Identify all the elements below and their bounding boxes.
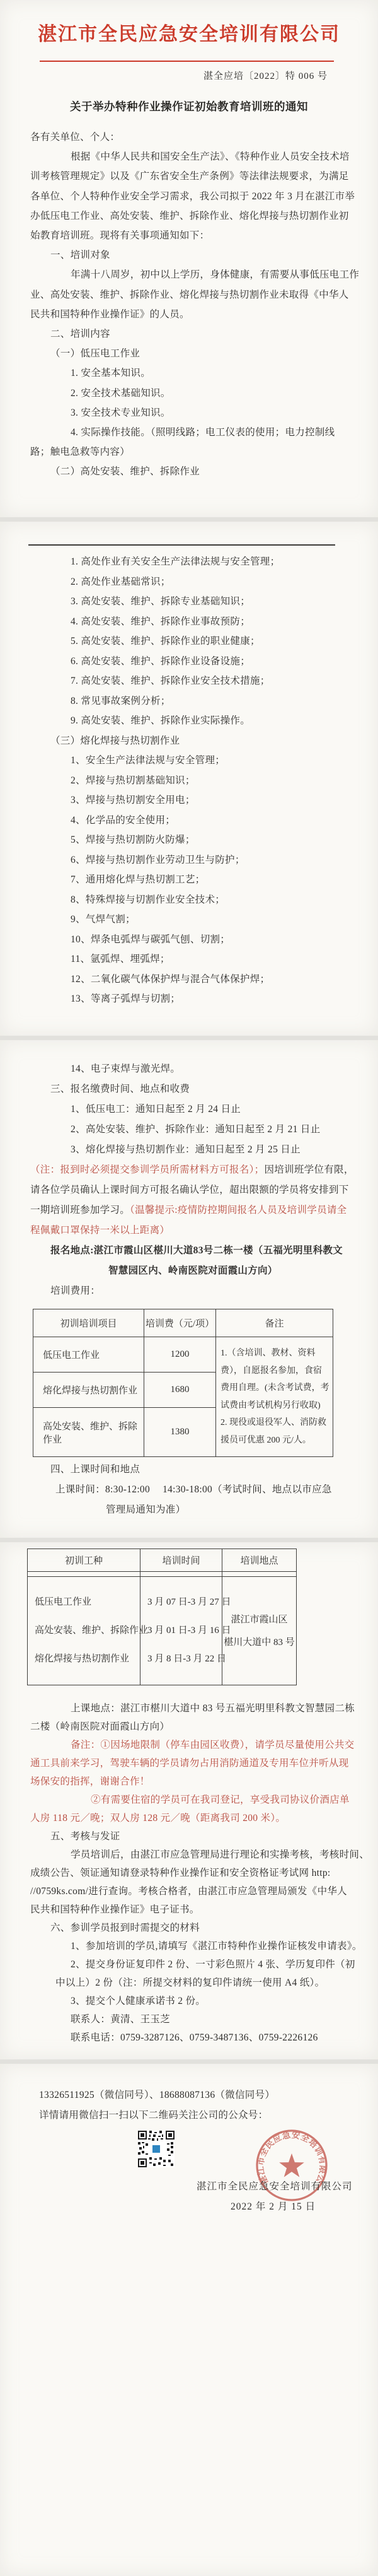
list-item: 4、化学品的安全使用； <box>0 811 378 831</box>
signature-org: 湛江市全民应急安全培训有限公司 <box>197 2179 353 2193</box>
job-name: 低压电工作业 <box>28 1588 139 1617</box>
list-item: 13、等离子弧焊与切割； <box>0 989 378 1009</box>
note-black-segment: 因培训班学位有限， <box>264 1164 353 1175</box>
schedule-table: 初训工种 培训时间 培训地点 低压电工作业 高处安装、维护、拆除作业 熔化焊接与… <box>27 1549 297 1685</box>
fee-table-cell: 1680 <box>144 1373 216 1408</box>
remark-text: 1.（含培训、教材、资料费），自愿报名参加，食宿费用自理。(未含考试费，考试费由… <box>220 1345 330 1414</box>
fee-table-header-cell: 培训费（元/项） <box>144 1309 216 1337</box>
registration-address-line: 智慧园区内、岭南医院对面霞山方向） <box>0 1261 378 1281</box>
schedule-table-cell: 3 月 07 日-3 月 27 日 3 月 01 日-3 月 16 日 3 月 … <box>140 1577 222 1685</box>
fee-table-header-cell: 初训培训项目 <box>33 1309 144 1337</box>
class-time-line: 上课时间：8:30-12:00 14:30-18:00（考试时间、地点以市应急 <box>0 1480 378 1500</box>
list-item: 2. 安全技术基础知识。 <box>0 383 378 403</box>
section-heading: 五、考核与发证 <box>0 1827 378 1846</box>
class-address-line: 二楼（岭南医院对面霞山方向） <box>0 1718 378 1736</box>
training-location: 湛江市霞山区 <box>223 1608 295 1631</box>
scanned-notice-document: 湛江市全民应急安全培训有限公司 湛全应培〔2022〕特 006 号 关于举办特种… <box>0 0 378 2576</box>
note-line: 一期培训班参加学习。（温馨提示:疫情防控期间报名人员及培训学员请全 <box>0 1200 378 1221</box>
salutation: 各有关单位、个人： <box>0 127 378 147</box>
list-item: 2、提交身份证复印件 2 份、一寸彩色照片 4 张、学历复印件（初 <box>0 1955 378 1974</box>
class-address-line: 上课地点：湛江市椹川大道中 83 号五福光明里科教文智慧园二栋 <box>0 1699 378 1718</box>
fee-table-cell: 低压电工作业 <box>33 1337 144 1373</box>
doc-number: 湛全应培〔2022〕特 006 号 <box>0 69 378 83</box>
table-row: 低压电工作业 1200 1.（含培训、教材、资料费），自愿报名参加，食宿费用自理… <box>33 1337 333 1373</box>
note-black-segment: 一期培训班参加学习。 <box>30 1205 130 1215</box>
list-item: 1、安全生产法律法规与安全管理； <box>0 751 378 771</box>
schedule-table-header-cell: 培训地点 <box>222 1549 297 1572</box>
doc-line: 年满十八周岁，初中以上学历，身体健康，有需要从事低压电工作 <box>0 265 378 284</box>
list-item: 1. 安全基本知识。 <box>0 363 378 383</box>
list-item: 8. 常见事故案例分析； <box>0 691 378 711</box>
doc-line: 民共和国特种作业操作证》的人员。 <box>0 305 378 324</box>
list-item: 9. 高处安装、维护、拆除作业实际操作。 <box>0 711 378 731</box>
page-1: 湛江市全民应急安全培训有限公司 湛全应培〔2022〕特 006 号 关于举办特种… <box>0 0 378 517</box>
list-item: 5. 高处安装、维护、拆除作业的职业健康； <box>0 631 378 652</box>
section-heading: 二、培训内容 <box>0 324 378 344</box>
subsection-heading: （三）熔化焊接与热切割作业 <box>0 731 378 751</box>
doc-line: 训考核管理规定》以及《广东省安全生产条例》等法律法规要求，为满足 <box>0 167 378 186</box>
section-heading: 六、参训学员报到时需提交的材料 <box>0 1919 378 1937</box>
fee-table-cell: 高处安装、维护、拆除作业 <box>33 1408 144 1457</box>
doc-line: 学员培训后，由湛江市应急管理局进行理论和实操考核，考核时间、 <box>0 1846 378 1864</box>
star-icon <box>279 2153 304 2177</box>
schedule-table-header-cell: 培训时间 <box>140 1549 222 1572</box>
list-item: 6、焊接与热切割作业劳动卫生与防护； <box>0 850 378 870</box>
list-item: 4. 高处安装、维护、拆除作业事故预防； <box>0 612 378 632</box>
list-item: 中以上）2 份（注：所提交材料的复印件请统一使用 A4 纸）。 <box>0 1974 378 1992</box>
note-red-segment: （注：报到时必须提交参训学员所需材料方可报名）； <box>30 1164 264 1175</box>
page-gap <box>0 1036 378 1040</box>
page-top-rule <box>28 544 335 546</box>
remark-line: ②有需要住宿的学员可在我司登记，享受我司协议价酒店单 <box>0 1791 378 1809</box>
schedule-table-header-cell: 初训工种 <box>28 1549 140 1572</box>
contact-phone: 联系电话：0759-3287126、0759-3487136、0759-2226… <box>0 2029 378 2047</box>
list-item: 11、氩弧焊、埋弧焊； <box>0 949 378 969</box>
signature-date: 2022 年 2 月 15 日 <box>231 2199 316 2213</box>
training-time: 3 月 8 日-3 月 22 日 <box>141 1645 221 1673</box>
list-item: 3、熔化焊接与热切割作业：通知日起至 2 月 25 日止 <box>0 1140 378 1160</box>
remark-line: 通工具前来学习，驾驶车辆的学员请勿占用消防通道及专用车位并听从现 <box>0 1754 378 1772</box>
list-item: 1、参加培训的学员,请填写《湛江市特种作业操作证核发申请表》。 <box>0 1937 378 1955</box>
registration-address-line: 报名地点:湛江市霞山区椹川大道83号二栋一楼（五福光明里科教文 <box>0 1241 378 1261</box>
list-item: 2. 高处作业基础常识； <box>0 572 378 592</box>
remark-line: 备注：①因场地限制（停车由园区收费），请学员尽量使用公共交 <box>0 1736 378 1754</box>
contact-name: 联系人：黄清、王玉芝 <box>0 2010 378 2029</box>
page-gap <box>0 1538 378 1542</box>
fee-table-cell: 1200 <box>144 1337 216 1373</box>
list-item: 3、提交个人健康承诺书 2 份。 <box>0 1992 378 2010</box>
doc-line: 民共和国特种作业操作证》电子证书。 <box>0 1900 378 1919</box>
doc-line: 各单位、个人特种作业安全学习需求，我公司拟于 2022 年 3 月在湛江市举 <box>0 187 378 206</box>
list-item: 7. 高处安装、维护、拆除作业安全技术措施； <box>0 671 378 691</box>
note-line: （注：报到时必须提交参训学员所需材料方可报名）；因培训班学位有限， <box>0 1160 378 1180</box>
fee-table-remark-cell: 1.（含培训、教材、资料费），自愿报名参加，食宿费用自理。(未含考试费，考试费由… <box>216 1337 333 1457</box>
remark-line: 场保安的指挥，谢谢合作！ <box>0 1772 378 1791</box>
class-time-line: 管理局通知为准） <box>0 1500 378 1520</box>
page-3: 14、电子束焊与激光焊。 三、报名缴费时间、地点和收费 1、低压电工：通知日起至… <box>0 1040 378 1538</box>
subsection-heading: （一）低压电工作业 <box>0 344 378 363</box>
header-rule <box>40 61 334 62</box>
fee-table-header-cell: 备注 <box>216 1309 333 1337</box>
note-line: 请各位学员确认上课时间方可报名确认学位，超出限额的学员将安排到下 <box>0 1180 378 1200</box>
table-double-rule <box>28 1572 297 1577</box>
job-name: 高处安装、维护、拆除作业 <box>28 1617 139 1645</box>
fee-table-cell: 1380 <box>144 1408 216 1457</box>
list-item: 3、焊接与热切割安全用电； <box>0 790 378 811</box>
list-item: 3. 安全技术专业知识。 <box>0 403 378 423</box>
remark-text: 2. 现役或退役军人、消防救援员可优惠 200 元/人。 <box>220 1414 330 1449</box>
schedule-table-cell: 湛江市霞山区 椹川大道中 83 号 <box>222 1577 297 1685</box>
training-location: 椹川大道中 83 号 <box>223 1631 295 1654</box>
note-red-segment: （温馨提示:疫情防控期间报名人员及培训学员请全 <box>130 1205 346 1215</box>
list-item: 路；触电急救等内容） <box>0 442 378 462</box>
list-item: 14、电子束焊与激光焊。 <box>0 1059 378 1079</box>
list-item: 10、焊条电弧焊与碳弧气刨、切割； <box>0 930 378 950</box>
wechat-qr-code <box>138 2131 175 2167</box>
list-item: 2、高处安装、维护、拆除作业：通知日起至 2 月 21 日止 <box>0 1120 378 1140</box>
doc-line: 根据《中华人民共和国安全生产法》、《特种作业人员安全技术培 <box>0 147 378 167</box>
list-item: 2、焊接与热切割基础知识； <box>0 771 378 791</box>
list-item: 8、特殊焊接与切割作业安全技术； <box>0 890 378 910</box>
list-item: 1. 高处作业有关安全生产法律法规与安全管理； <box>0 552 378 572</box>
list-item: 7、通用熔化焊与热切割工艺； <box>0 870 378 890</box>
doc-line: 始教育培训班。现将有关事项通知如下： <box>0 226 378 245</box>
page-4: 初训工种 培训时间 培训地点 低压电工作业 高处安装、维护、拆除作业 熔化焊接与… <box>0 1542 378 2059</box>
note-line: 程佩戴口罩保持一米以上距离） <box>0 1221 378 1241</box>
list-item: 9、气焊气割； <box>0 910 378 930</box>
list-item: 12、二氧化碳气体保护焊与混合气体保护焊； <box>0 969 378 990</box>
fee-table: 初训培训项目 培训费（元/项） 备注 低压电工作业 1200 1.（含培训、教材… <box>33 1309 333 1457</box>
notice-title: 关于举办特种作业操作证初始教育培训班的通知 <box>0 98 378 115</box>
training-time: 3 月 01 日-3 月 16 日 <box>141 1617 221 1645</box>
fee-label: 培训费用： <box>0 1281 378 1301</box>
doc-line: //0759ks.com/进行查询。考核合格者，由湛江市应急管理局颁发《中华人 <box>0 1882 378 1900</box>
qr-center-logo <box>152 2145 160 2153</box>
list-item: 3. 高处安装、维护、拆除专业基础知识； <box>0 592 378 612</box>
list-item: 4. 实际操作技能。（照明线路；电工仪表的使用；电力控制线 <box>0 423 378 442</box>
page-gap <box>0 2059 378 2064</box>
subsection-heading: （二）高处安装、维护、拆除作业 <box>0 462 378 481</box>
training-time: 3 月 07 日-3 月 27 日 <box>141 1588 221 1617</box>
fee-table-cell: 熔化焊接与热切割作业 <box>33 1373 144 1408</box>
page-2: 1. 高处作业有关安全生产法律法规与安全管理； 2. 高处作业基础常识； 3. … <box>0 522 378 1036</box>
list-item: 5、焊接与热切割防火防爆； <box>0 830 378 850</box>
page-gap <box>0 517 378 522</box>
remark-line: 人房 118 元／晚；双人房 128 元／晚（距离我司 200 米）。 <box>0 1809 378 1827</box>
company-seal: 湛江市全民应急安全培训有限公司 <box>254 2126 329 2205</box>
section-heading: 四、上课时间和地点 <box>0 1460 378 1480</box>
wechat-phone-line: 13326511925（微信同号）、18688087136（微信同号） <box>0 2085 378 2105</box>
section-heading: 三、报名缴费时间、地点和收费 <box>0 1079 378 1099</box>
list-item: 1、低压电工：通知日起至 2 月 24 日止 <box>0 1099 378 1120</box>
doc-line: 办低压电工作业、高处安装、维护、拆除作业、熔化焊接与热切割作业初 <box>0 206 378 226</box>
section-heading: 一、培训对象 <box>0 245 378 265</box>
doc-line: 成绩公告、领证通知请登录特种作业操作证和安全资格证考试网 http: <box>0 1864 378 1882</box>
job-name: 熔化焊接与热切割作业 <box>28 1645 139 1673</box>
doc-line: 业、高处安装、维护、拆除作业、熔化焊接与热切割作业未取得《中华人 <box>0 285 378 305</box>
org-title: 湛江市全民应急安全培训有限公司 <box>0 0 378 48</box>
qr-hint-line: 详情请用微信扫一扫以下二维码关注公司的公众号： <box>0 2105 378 2126</box>
list-item: 6. 高处安装、维护、拆除作业设备设施； <box>0 652 378 672</box>
table-row: 低压电工作业 高处安装、维护、拆除作业 熔化焊接与热切割作业 3 月 07 日-… <box>28 1577 297 1685</box>
page-5: 13326511925（微信同号）、18688087136（微信同号） 详情请用… <box>0 2064 378 2576</box>
schedule-table-cell: 低压电工作业 高处安装、维护、拆除作业 熔化焊接与热切割作业 <box>28 1577 140 1685</box>
